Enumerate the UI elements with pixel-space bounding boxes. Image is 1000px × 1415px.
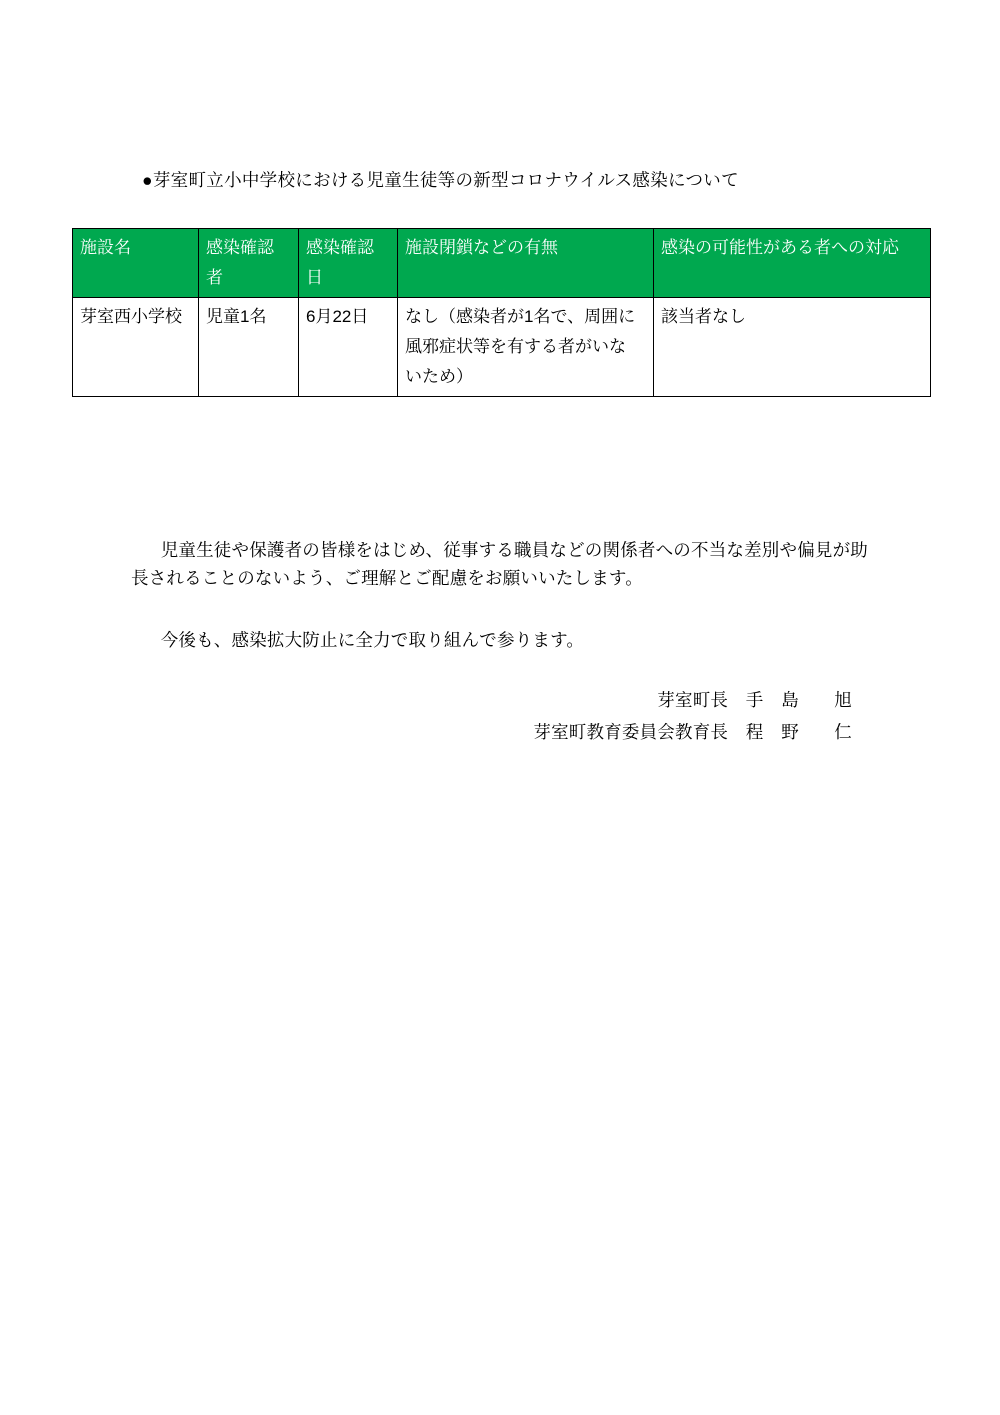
document-title: ●芽室町立小中学校における児童生徒等の新型コロナウイルス感染について [142, 167, 739, 193]
table-header-row: 施設名 感染確認 者 感染確認 日 施設閉鎖などの有無 感染の可能性がある者への… [73, 229, 931, 298]
signature-superintendent: 芽室町教育委員会教育長 程 野 仁 [533, 716, 852, 748]
infection-info-table: 施設名 感染確認 者 感染確認 日 施設閉鎖などの有無 感染の可能性がある者への… [72, 228, 931, 397]
signature-mayor: 芽室町長 手 島 旭 [533, 684, 852, 716]
header-response-possible-infection: 感染の可能性がある者への対応 [654, 229, 931, 298]
table-row: 芽室西小学校 児童1名 6月22日 なし（感染者が1名で、周囲に 風邪症状等を有… [73, 298, 931, 397]
header-facility-name: 施設名 [73, 229, 199, 298]
header-facility-closure: 施設閉鎖などの有無 [398, 229, 654, 298]
header-confirmed-date: 感染確認 日 [299, 229, 398, 298]
cell-response: 該当者なし [654, 298, 931, 397]
header-confirmed-person: 感染確認 者 [199, 229, 299, 298]
cell-confirmed-date: 6月22日 [299, 298, 398, 397]
cell-confirmed-person: 児童1名 [199, 298, 299, 397]
cell-facility-closure: なし（感染者が1名で、周囲に 風邪症状等を有する者がいな いため） [398, 298, 654, 397]
cell-facility-name: 芽室西小学校 [73, 298, 199, 397]
signature-block: 芽室町長 手 島 旭 芽室町教育委員会教育長 程 野 仁 [533, 684, 852, 748]
document-page: ●芽室町立小中学校における児童生徒等の新型コロナウイルス感染について 施設名 感… [0, 0, 1000, 1415]
paragraph-consideration-request: 児童生徒や保護者の皆様をはじめ、従事する職員などの関係者への不当な差別や偏見が助… [131, 536, 921, 592]
paragraph-prevention-commitment: 今後も、感染拡大防止に全力で取り組んで参ります。 [131, 626, 921, 654]
